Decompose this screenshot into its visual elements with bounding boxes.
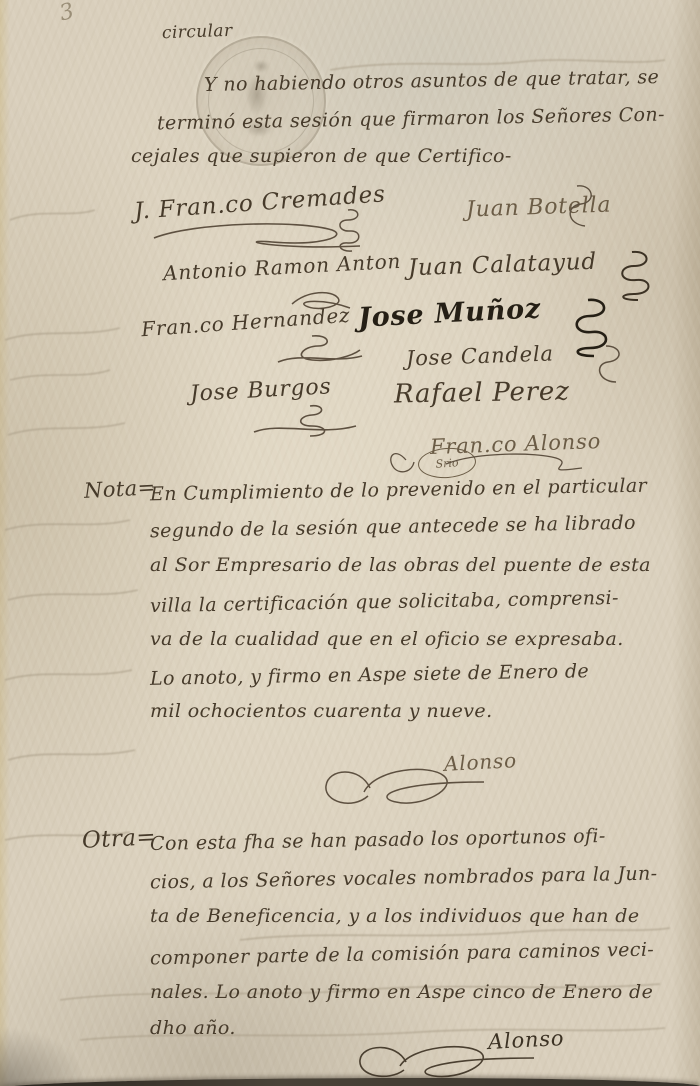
otra-label: Otra= <box>81 826 156 853</box>
nota-line: mil ochocientos cuarenta y nueve. <box>150 702 493 721</box>
otra-line: ta de Beneficencia, y a los individuos q… <box>150 907 639 926</box>
nota-label: Nota= <box>83 477 156 502</box>
signature-candela: Jose Candela <box>406 343 554 369</box>
rubric-flourish-icon <box>250 402 360 440</box>
rubric-knot-icon <box>588 342 628 388</box>
nota-line: al Sor Empresario de las obras del puent… <box>150 556 651 575</box>
nota-line: va de la cualidad que en el oficio se ex… <box>150 630 624 649</box>
otra-line: dho año. <box>150 1019 236 1038</box>
next-page-edge <box>0 1078 700 1086</box>
signature-perez: Rafael Perez <box>394 378 570 407</box>
folio-number: 3 <box>58 1 77 26</box>
header-word: circular <box>162 23 233 42</box>
closing-line: cejales que supieron de que Certifico- <box>131 147 512 166</box>
rubric-flourish-icon <box>386 440 586 480</box>
rubric-knot-icon <box>555 182 601 232</box>
rubric-flourish-icon <box>272 332 364 368</box>
rubric-oval-flourish-icon <box>318 758 488 816</box>
page-corner-shadow <box>0 1026 90 1086</box>
manuscript-page: 3 circular Y no habiendo otros asuntos d… <box>0 0 700 1086</box>
otra-line: nales. Lo anoto y firmo en Aspe cinco de… <box>150 983 653 1002</box>
